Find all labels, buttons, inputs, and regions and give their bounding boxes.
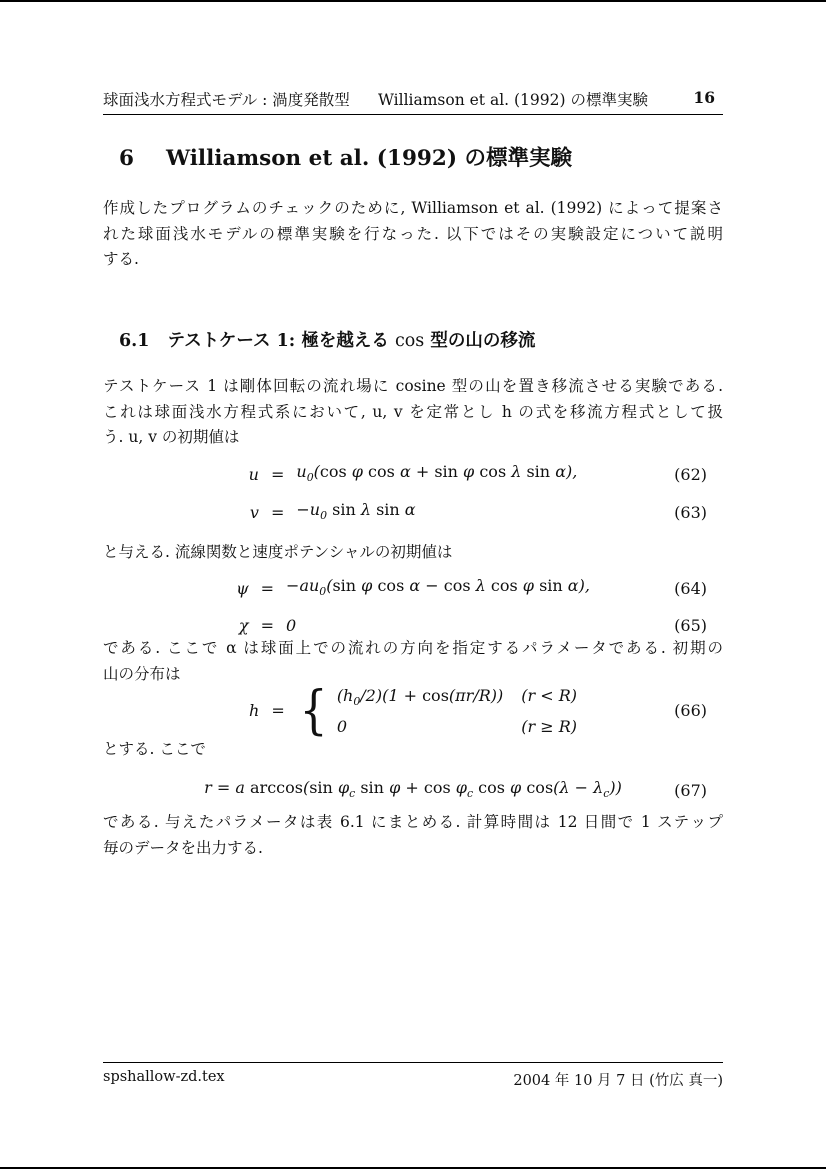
left-brace: { [299, 688, 327, 735]
header-page-number: 16 [693, 88, 715, 107]
subsection-title-pre: テストケース 1: 極を越える [167, 331, 395, 351]
subsection-title-math: cos [395, 331, 424, 351]
equation-group-uv: u = u0(cos φ cos α + sin φ cos λ sin α),… [103, 458, 723, 530]
text-line: である. 与えたパラメータは表 6.1 にまとめる. 計算時間は 12 日間で … [103, 810, 723, 836]
equation-63-number: (63) [577, 499, 723, 527]
equation-group-psi-chi: ψ = −au0(sin φ cos α − cos λ cos φ sin α… [103, 572, 723, 640]
text-line: 作成したプログラムのチェックのために, Williamson et al. (1… [103, 196, 723, 222]
equation-62-rhs: u0(cos φ cos α + sin φ cos λ sin α), [296, 458, 577, 492]
page-footer: spshallow-zd.tex 2004 年 10 月 7 日 (竹広 真一) [103, 1062, 723, 1090]
text-line: う. u, v の初期値は [103, 425, 723, 451]
document-page: 球面浅水方程式モデル : 渦度発散型 Williamson et al. (19… [0, 0, 826, 1169]
equation-62-lhs: u [249, 461, 259, 489]
text-line: である. ここで α は球面上での流れの方向を指定するパラメータである. 初期の [103, 636, 723, 662]
equation-64-relation: = [249, 575, 286, 603]
footer-date-author: 2004 年 10 月 7 日 (竹広 真一) [513, 1069, 723, 1090]
paragraph-final: である. 与えたパラメータは表 6.1 にまとめる. 計算時間は 12 日間で … [103, 810, 723, 861]
equation-64-rhs: −au0(sin φ cos α − cos λ cos φ sin α), [286, 572, 590, 606]
paragraph-intro: 作成したプログラムのチェックのために, Williamson et al. (1… [103, 196, 723, 273]
text-line: と与える. 流線関数と速度ポテンシャルの初期値は [103, 540, 723, 566]
subsection-heading: 6.1テストケース 1: 極を越える cos 型の山の移流 [103, 327, 723, 352]
text-line: する. [103, 247, 723, 273]
cases-grid: (h0/2)(1 + cos(πr/R)) (r < R) 0 (r ≥ R) [337, 684, 577, 738]
text-line: れた球面浅水モデルの標準実験を行なった. 以下ではその実験設定について説明 [103, 222, 723, 248]
case-2-condition: (r ≥ R) [521, 715, 577, 738]
equation-62-number: (62) [577, 461, 723, 489]
equation-66-number: (66) [577, 697, 723, 725]
header-section-title: Williamson et al. (1992) の標準実験 [378, 88, 648, 110]
equation-63-relation: = [259, 499, 296, 527]
section-number: 6 [119, 146, 134, 171]
equation-63-rhs: −u0 sin λ sin α [296, 496, 577, 530]
equation-67: r = a arccos(sin φc sin φ + cos φc cos φ… [103, 774, 723, 808]
case-1-expression: (h0/2)(1 + cos(πr/R)) [337, 684, 503, 713]
paragraph-tosuru: とする. ここで [103, 737, 723, 763]
paragraph-testcase1: テストケース 1 は剛体回転の流れ場に cosine 型の山を置き移流させる実験… [103, 374, 723, 451]
case-1-condition: (r < R) [521, 684, 577, 713]
equation-63-lhs: v [249, 499, 259, 527]
paragraph-alpha: である. ここで α は球面上での流れの方向を指定するパラメータである. 初期の… [103, 636, 723, 687]
subsection-title-post: 型の山の移流 [424, 331, 535, 351]
text-line: 毎のデータを出力する. [103, 836, 723, 862]
running-header: 球面浅水方程式モデル : 渦度発散型 Williamson et al. (19… [103, 86, 723, 115]
subsection-number: 6.1 [119, 331, 149, 351]
equation-64-lhs: ψ [236, 575, 249, 603]
equation-67-number: (67) [622, 777, 723, 805]
equation-64-number: (64) [590, 575, 723, 603]
paragraph-give: と与える. 流線関数と速度ポテンシャルの初期値は [103, 540, 723, 566]
case-2-expression: 0 [337, 715, 503, 738]
equation-62-relation: = [259, 461, 296, 489]
footer-filename: spshallow-zd.tex [103, 1069, 225, 1090]
header-document-title: 球面浅水方程式モデル : 渦度発散型 [103, 88, 350, 110]
text-line: とする. ここで [103, 737, 723, 763]
equation-66-relation: = [259, 697, 296, 725]
equation-66-cases: { (h0/2)(1 + cos(πr/R)) (r < R) 0 (r ≥ R… [297, 684, 577, 738]
equation-66: h = { (h0/2)(1 + cos(πr/R)) (r < R) 0 (r… [103, 684, 723, 738]
equation-66-lhs: h [249, 697, 259, 725]
page-content: 球面浅水方程式モデル : 渦度発散型 Williamson et al. (19… [103, 2, 723, 1167]
section-title: Williamson et al. (1992) の標準実験 [166, 146, 572, 171]
section-heading: 6Williamson et al. (1992) の標準実験 [103, 141, 723, 172]
text-line: テストケース 1 は剛体回転の流れ場に cosine 型の山を置き移流させる実験… [103, 374, 723, 400]
equation-67-body: r = a arccos(sin φc sin φ + cos φc cos φ… [204, 774, 622, 808]
text-line: これは球面浅水方程式系において, u, v を定常とし h の式を移流方程式とし… [103, 400, 723, 426]
